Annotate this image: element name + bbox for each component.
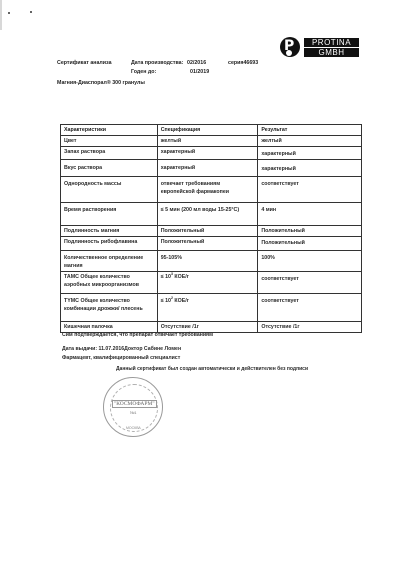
stamp-name: "КОСМОФАРМ" — [112, 400, 157, 408]
result-cell: желтый — [258, 136, 362, 147]
characteristic-cell: Время растворения — [61, 203, 158, 226]
result-cell: соответствует — [258, 272, 362, 294]
scan-edge — [0, 0, 2, 30]
characteristic-cell: Подлинность рибофлавина — [61, 237, 158, 251]
result-cell: Отсутствие /1г — [258, 322, 362, 333]
result-cell: характерный — [258, 160, 362, 177]
result-cell: характерный — [258, 147, 362, 160]
characteristic-cell: Вкус раствора — [61, 160, 158, 177]
spec-cell: 95-105% — [157, 251, 258, 272]
product-name: Магния-Диаспорал® 300 гранулы — [57, 80, 145, 86]
characteristic-cell: TYMC Общее количество комбинации дрожжи/… — [61, 294, 158, 322]
spec-cell: отвечает требованиям европейской фармако… — [157, 177, 258, 203]
characteristic-cell: Цвет — [61, 136, 158, 147]
table-row: Количественное определение магния 95-105… — [61, 251, 362, 272]
spec-cell: ≤ 102 КОЕ/г — [157, 294, 258, 322]
table-row: TYMC Общее количество комбинации дрожжи/… — [61, 294, 362, 322]
logo-line-1: PROTINA — [304, 38, 359, 48]
protina-logo: P PROTINA GMBH — [280, 37, 359, 57]
production-date-label: Дата производства: — [131, 60, 183, 66]
column-header-characteristics: Характеристики — [61, 125, 158, 136]
analysis-table: Характеристики Спецификация Результат Цв… — [60, 124, 362, 333]
table-row: Кишечная палочка Отсутствие /1г Отсутств… — [61, 322, 362, 333]
result-cell: Положительный — [258, 226, 362, 237]
signatory-role: Фармацевт, квалифицированный специалист — [62, 355, 180, 361]
company-stamp: "КОСМОФАРМ" №1 МОСКВА — [103, 377, 163, 437]
table-row: Вкус раствора характерный характерный — [61, 160, 362, 177]
spec-cell: Отсутствие /1г — [157, 322, 258, 333]
characteristic-cell: Кишечная палочка — [61, 322, 158, 333]
protina-logo-text: PROTINA GMBH — [304, 38, 359, 57]
stamp-city: МОСКВА — [126, 426, 141, 430]
issue-date-signatory: Дата выдачи: 11.07.2016Доктор Сабине Лом… — [62, 346, 181, 352]
result-cell: соответствует — [258, 294, 362, 322]
result-cell: Положительный — [258, 237, 362, 251]
logo-line-2: GMBH — [304, 48, 359, 57]
expiry-label: Годен до: — [131, 69, 156, 75]
characteristic-cell: Однородность массы — [61, 177, 158, 203]
characteristic-cell: ТАМС Общее количество аэробных микроорга… — [61, 272, 158, 294]
stamp-number: №1 — [130, 410, 137, 415]
column-header-result: Результат — [258, 125, 362, 136]
column-header-specification: Спецификация — [157, 125, 258, 136]
table-row: ТАМС Общее количество аэробных микроорга… — [61, 272, 362, 294]
spec-cell: характерный — [157, 147, 258, 160]
table-row: Запах раствора характерный характерный — [61, 147, 362, 160]
characteristic-cell: Запах раствора — [61, 147, 158, 160]
auto-generated-note: Данный сертификат был создан автоматичес… — [116, 366, 308, 372]
spec-cell: ≤ 103 КОЕ/г — [157, 272, 258, 294]
table-row: Подлинность магния Положительный Положит… — [61, 226, 362, 237]
characteristic-cell: Подлинность магния — [61, 226, 158, 237]
spec-cell: ≤ 5 мин (200 мл воды 15-25°C) — [157, 203, 258, 226]
confirmation-statement: Сим подтверждается, что препарат отвечае… — [62, 332, 213, 338]
table-row: Цвет желтый желтый — [61, 136, 362, 147]
production-date: 02/2016 — [187, 60, 206, 66]
protina-logo-icon: P — [280, 37, 300, 57]
result-cell: 4 мин — [258, 203, 362, 226]
spec-cell: желтый — [157, 136, 258, 147]
result-cell: 100% — [258, 251, 362, 272]
spec-cell: Положительный — [157, 237, 258, 251]
spec-cell: характерный — [157, 160, 258, 177]
batch-number: серия46693 — [228, 60, 258, 66]
table-header-row: Характеристики Спецификация Результат — [61, 125, 362, 136]
scan-speck — [8, 12, 10, 14]
document-title: Сертификат анализа — [57, 60, 112, 66]
spec-cell: Положительный — [157, 226, 258, 237]
scan-speck — [30, 11, 32, 13]
table-row: Однородность массы отвечает требованиям … — [61, 177, 362, 203]
result-cell: соответствует — [258, 177, 362, 203]
table-row: Время растворения ≤ 5 мин (200 мл воды 1… — [61, 203, 362, 226]
characteristic-cell: Количественное определение магния — [61, 251, 158, 272]
expiry-date: 01/2019 — [190, 69, 209, 75]
table-row: Подлинность рибофлавина Положительный По… — [61, 237, 362, 251]
